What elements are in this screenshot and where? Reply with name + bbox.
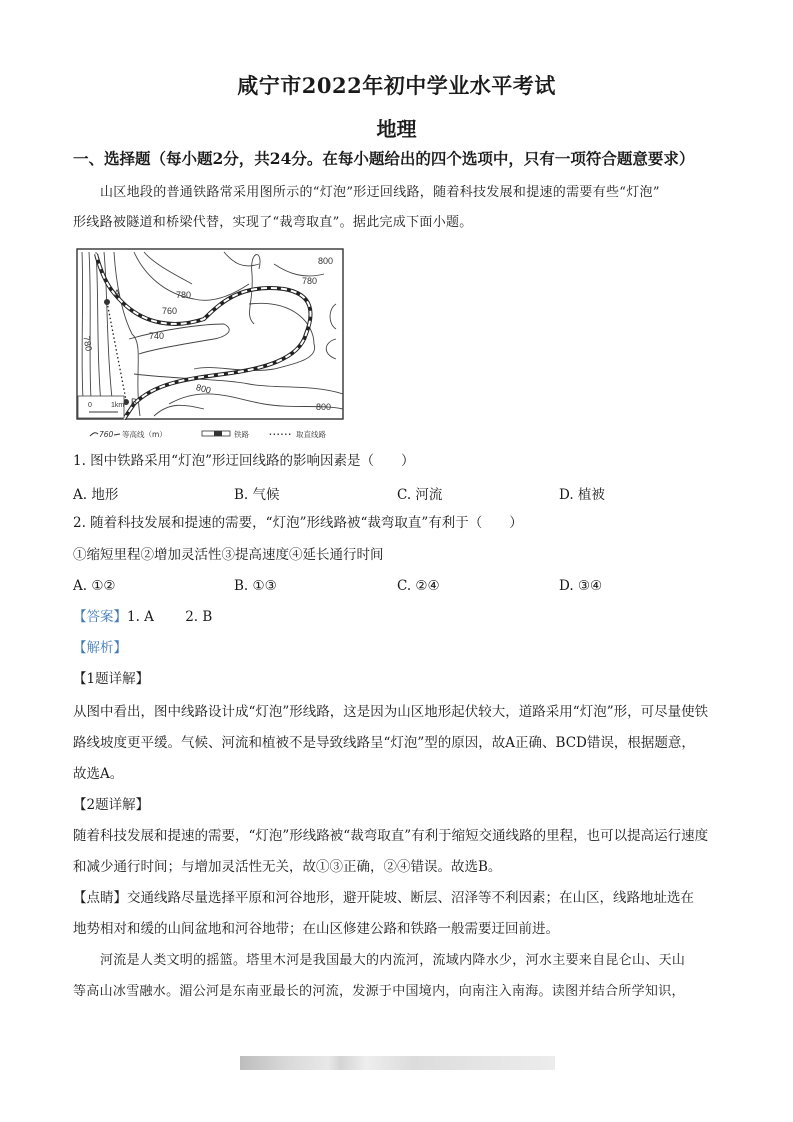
svg-text:740: 740 bbox=[149, 331, 164, 341]
contour-label-780-right: 780 bbox=[302, 276, 317, 286]
point-a-label: A bbox=[114, 288, 120, 298]
legend-contour-label: 等高线（m） bbox=[122, 429, 167, 439]
passage1-line1: 山区地段的普通铁路常采用图所示的“灯泡”形迂回线路，随着科技发展和提速的需要有些… bbox=[100, 184, 660, 202]
exam-title: 咸宁市2022年初中学业水平考试 bbox=[0, 70, 793, 100]
scale-end: 1km bbox=[111, 402, 124, 409]
point-b-label: B bbox=[131, 397, 137, 407]
q1-detail-line2: 路线坡度更平缓。气候、河流和植被不是导致线路呈“灯泡”型的原因，故A正确、BCD… bbox=[73, 734, 695, 752]
footer-watermark-bar bbox=[240, 1056, 555, 1070]
answer-row: 【答案】1. A 2. B bbox=[73, 608, 212, 626]
section-heading: 一、选择题（每小题2分，共24分。在每小题给出的四个选项中，只有一项符合题意要求… bbox=[73, 150, 694, 168]
analysis-label: 【解析】 bbox=[73, 639, 127, 657]
tip-line1: 交通线路尽量选择平原和河谷地形，避开陡坡、断层、沼泽等不利因素；在山区，线路地址… bbox=[127, 890, 694, 906]
answer-label: 【答案】 bbox=[73, 609, 127, 625]
answer-value: 1. A 2. B bbox=[127, 609, 212, 625]
passage2-line2: 等高山冰雪融水。湄公河是东南亚最长的河流，发源于中国境内，向南注入南海。读图并结… bbox=[73, 983, 685, 1001]
legend-railway-label: 铁路 bbox=[234, 429, 249, 439]
exam-page: 咸宁市2022年初中学业水平考试 地理 一、选择题（每小题2分，共24分。在每小… bbox=[0, 0, 793, 1122]
contour-map-figure: A B 800 780 780 760 740 780 800 800 0 1k… bbox=[74, 244, 346, 442]
q2-detail-line2: 和减少通行时间；与增加灵活性无关，故①③正确，②④错误。故选B。 bbox=[73, 858, 501, 876]
subject-title: 地理 bbox=[0, 113, 793, 142]
q2-option-c: C. ②④ bbox=[397, 578, 440, 594]
legend-straight-label: 取直线路 bbox=[296, 429, 326, 439]
svg-text:······: ······ bbox=[269, 430, 292, 439]
contour-label-800-top: 800 bbox=[318, 256, 333, 266]
q1-detail-line3: 故选A。 bbox=[73, 765, 123, 783]
q2-option-b: B. ①③ bbox=[234, 578, 277, 594]
question-1-stem: 1. 图中铁路采用“灯泡”形迂回线路的影响因素是（ ） bbox=[73, 452, 414, 470]
svg-text:780: 780 bbox=[176, 290, 191, 300]
q1-detail-heading: 【1题详解】 bbox=[73, 670, 149, 688]
q1-option-b: B. 气候 bbox=[234, 483, 280, 503]
q1-detail-line1: 从图中看出，图中线路设计成“灯泡”形线路，这是因为山区地形起伏较大，道路采用“灯… bbox=[73, 703, 708, 721]
tip-label: 【点睛】 bbox=[73, 890, 127, 906]
q2-option-d: D. ③④ bbox=[559, 578, 602, 594]
passage2-line1: 河流是人类文明的摇篮。塔里木河是我国最大的内流河，流域内降水少，河水主要来自昆仑… bbox=[100, 952, 685, 970]
tip-row-1: 【点睛】交通线路尽量选择平原和河谷地形，避开陡坡、断层、沼泽等不利因素；在山区，… bbox=[73, 889, 694, 907]
q2-detail-heading: 【2题详解】 bbox=[73, 796, 149, 814]
svg-text:800: 800 bbox=[316, 402, 331, 412]
q1-option-c: C. 河流 bbox=[397, 483, 442, 503]
q2-detail-line1: 随着科技发展和提速的需要，“灯泡”形线路被“裁弯取直”有利于缩短交通线路的里程，… bbox=[73, 827, 708, 845]
tip-line2: 地势相对和缓的山间盆地和河谷地带；在山区修建公路和铁路一般需要迂回前进。 bbox=[73, 920, 559, 938]
passage1-line2: 形线路被隧道和桥梁代替，实现了“裁弯取直”。据此完成下面小题。 bbox=[73, 214, 473, 232]
svg-text:760: 760 bbox=[162, 306, 177, 316]
legend-contour-sample: 760 bbox=[99, 430, 114, 439]
q1-option-d: D. 植被 bbox=[559, 483, 605, 503]
question-2-stem: 2. 随着科技发展和提速的需要，“灯泡”形线路被“裁弯取直”有利于（ ） bbox=[73, 514, 523, 532]
scale-start: 0 bbox=[88, 402, 92, 409]
question-2-statements: ①缩短里程②增加灵活性③提高速度④延长通行时间 bbox=[73, 546, 384, 564]
q1-option-a: A. 地形 bbox=[73, 483, 118, 503]
q2-option-a: A. ①② bbox=[73, 578, 116, 594]
